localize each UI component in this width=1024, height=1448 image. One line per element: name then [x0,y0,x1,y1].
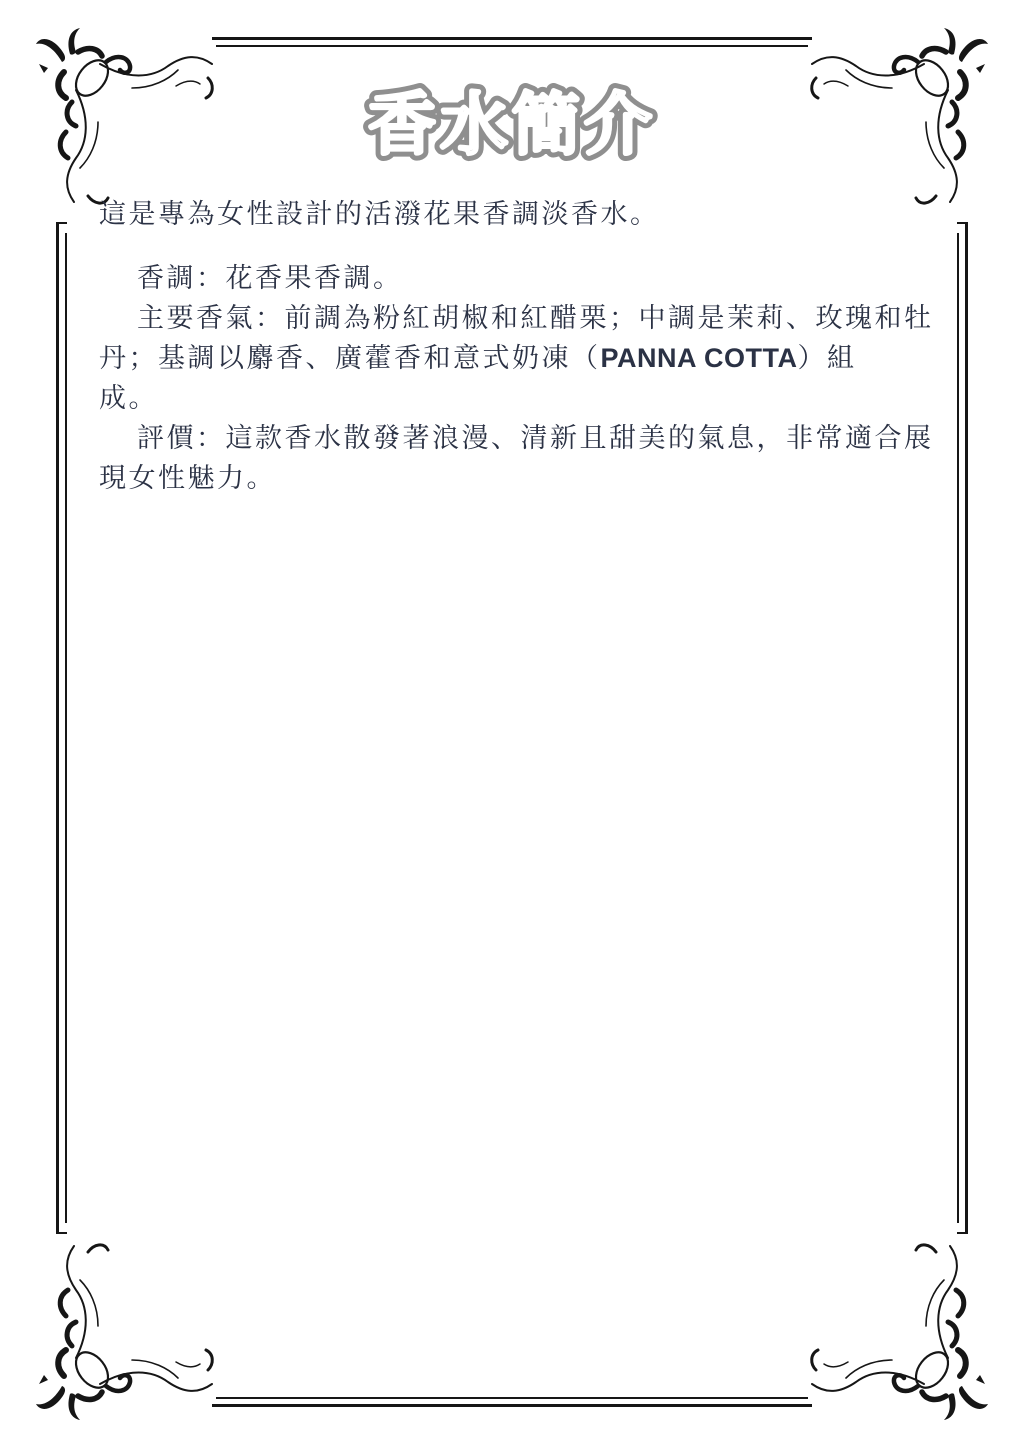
notes-line-1: 主要香氣：前調為粉紅胡椒和紅醋栗；中調是茉莉、玫瑰和牡 [99,298,959,338]
review-line-1: 評價：這款香水散發著浪漫、清新且甜美的氣息，非常適合展 [99,418,959,458]
notes-line-2-pre: 丹；基調以麝香、廣藿香和意式奶凍（ [99,343,601,373]
notes-line-2-bold: PANNA COTTA [601,343,798,373]
perfume-intro-page: 香水簡介 香水簡介 這是專為女性設計的活潑花果香調淡香水。 香調：花香果香調。 … [0,0,1024,1448]
intro-line: 這是專為女性設計的活潑花果香調淡香水。 [99,194,959,234]
page-title-art: 香水簡介 香水簡介 [232,64,792,174]
corner-flourish-bottom-left [36,1235,221,1420]
body-text: 這是專為女性設計的活潑花果香調淡香水。 香調：花香果香調。 主要香氣：前調為粉紅… [99,194,959,498]
border-left-bottom-tick [58,1232,67,1234]
border-top-inner [216,45,808,47]
scent-type-line: 香調：花香果香調。 [99,258,959,298]
review-line-2: 現女性魅力。 [99,458,959,498]
border-top-outer [212,37,812,40]
border-left-inner [65,233,67,1223]
notes-line-2: 丹；基調以麝香、廣藿香和意式奶凍（PANNA COTTA）組 [99,338,959,378]
border-bottom-outer [212,1404,812,1407]
corner-flourish-bottom-right [803,1235,988,1420]
border-left-outer [56,222,59,1234]
border-right-outer [965,222,968,1234]
border-left-top-tick [58,222,67,224]
notes-line-3: 成。 [99,378,959,418]
page-title-text: 香水簡介 [368,87,656,163]
page-title: 香水簡介 香水簡介 [0,64,1024,174]
notes-line-2-post: ）組 [797,343,856,373]
border-right-bottom-tick [957,1232,966,1234]
border-bottom-inner [216,1397,808,1399]
